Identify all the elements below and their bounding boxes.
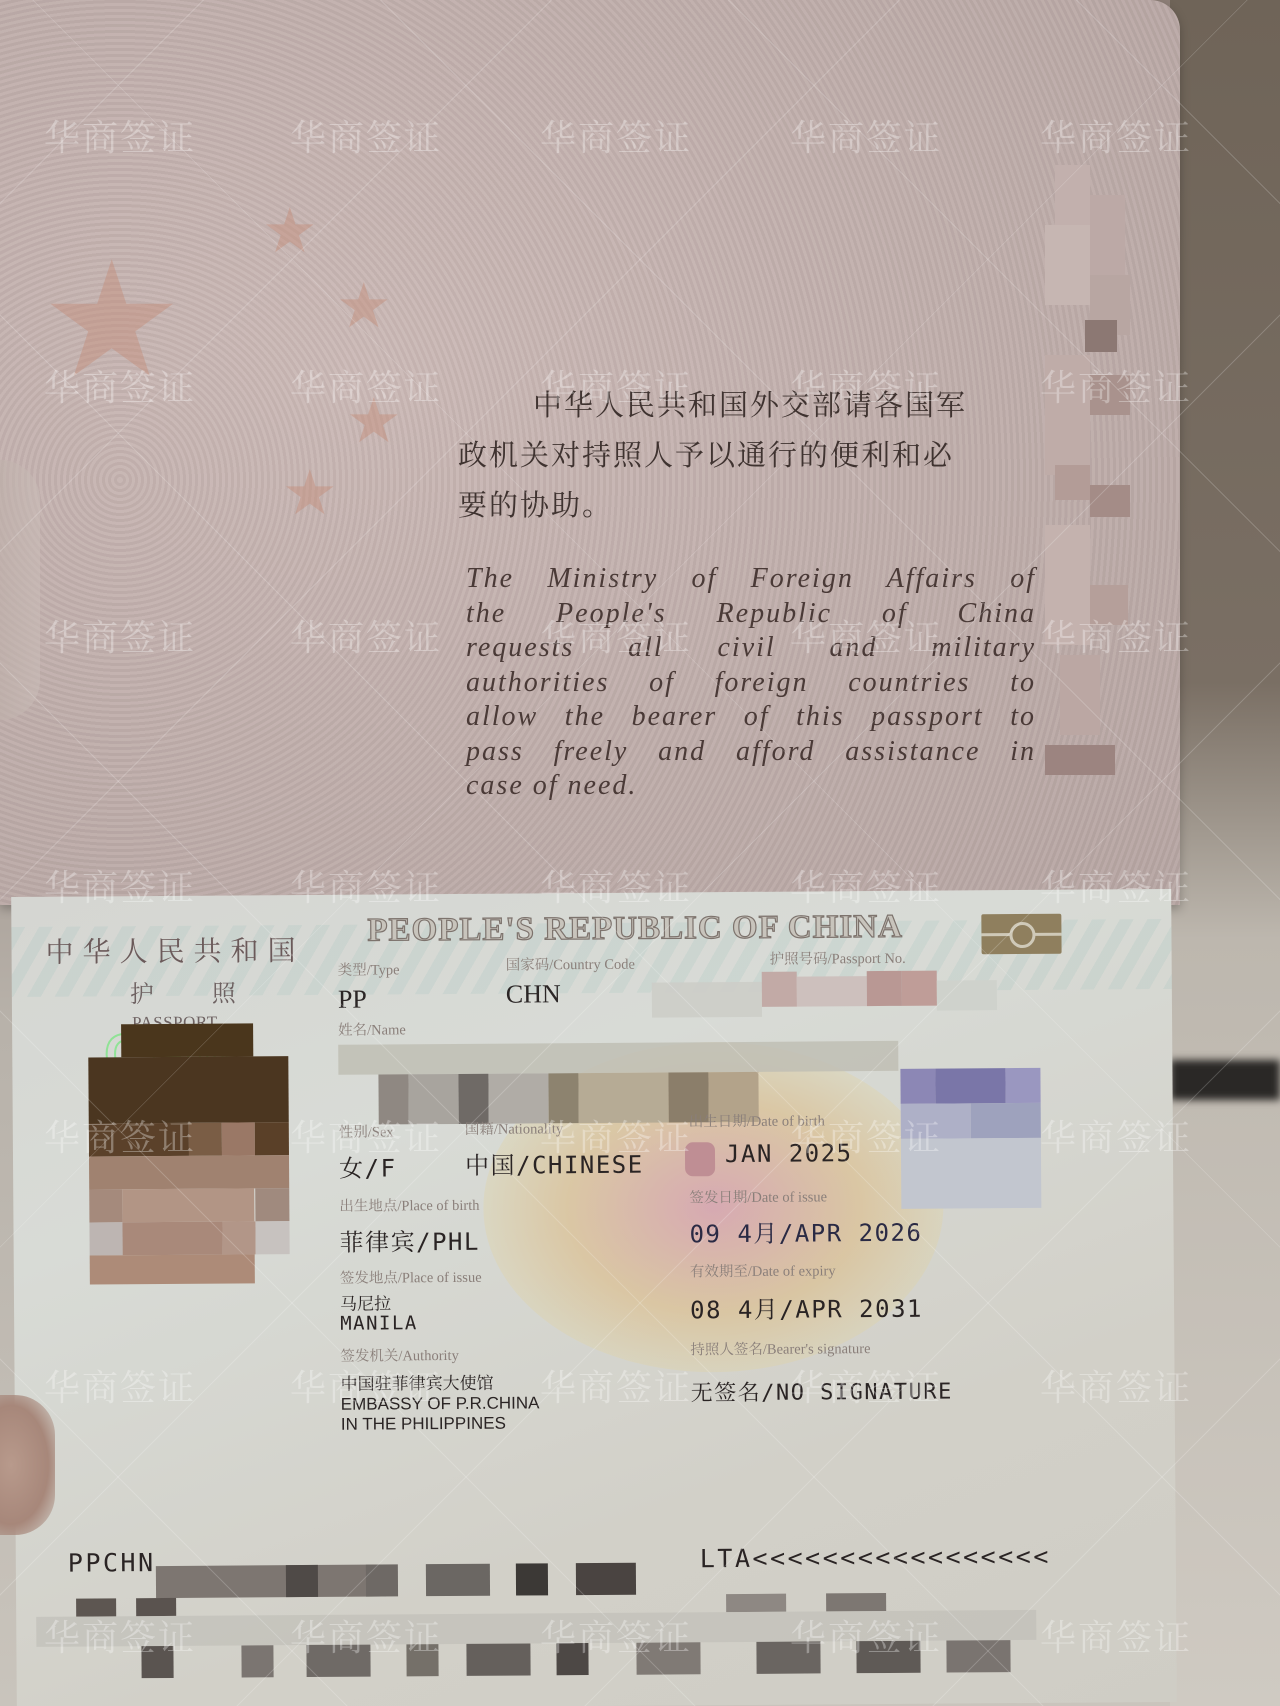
dob-label: 出生日期/Date of birth (689, 1109, 825, 1131)
date-of-expiry-label: 有效期至/Date of expiry (690, 1259, 836, 1281)
redaction-block (1045, 165, 1135, 785)
star-icon: ★ (346, 390, 402, 452)
mrz-redacted (36, 1550, 1037, 1706)
date-of-issue-label: 签发日期/Date of issue (689, 1185, 827, 1207)
data-page: 中华人民共和国 PEOPLE'S REPUBLIC OF CHINA 护 照 C… (11, 889, 1177, 1706)
request-cn-line: 要的协助。 (458, 480, 1058, 530)
request-en-line: authorities of foreign countries to (466, 666, 1036, 701)
place-of-birth-label: 出生地点/Place of birth (339, 1194, 479, 1216)
date-of-expiry-value: 08 4月/APR 2031 (690, 1289, 923, 1326)
date-of-issue-value: 09 4月/APR 2026 (689, 1213, 922, 1250)
star-icon: ★ (262, 200, 318, 262)
nationality-value: 中国/CHINESE (465, 1145, 644, 1181)
dob-day-redacted (685, 1142, 715, 1176)
request-cn-line: 中华人民共和国外交部请各国军 (458, 380, 1058, 430)
nationality-label: 国籍/Nationality (465, 1117, 563, 1139)
doc-type-cn-1: 护 (130, 974, 154, 1009)
authority-label: 签发机关/Authority (340, 1344, 459, 1366)
holder-photo (88, 1023, 290, 1284)
doc-type-cn-2: 照 (212, 973, 236, 1008)
request-en-line: case of need. (466, 769, 1036, 804)
place-of-birth-value: 菲律宾/PHL (339, 1222, 480, 1258)
country-code-value: CHN (506, 979, 561, 1009)
request-cn-line: 政机关对持照人予以通行的便利和必 (458, 430, 1058, 480)
request-en-line: The Ministry of Foreign Affairs of (466, 562, 1036, 597)
background-right (1170, 0, 1280, 1706)
place-of-issue-en: MANILA (340, 1312, 418, 1335)
epassport-chip-icon (981, 914, 1061, 955)
bearer-signature-label: 持照人签名/Bearer's signature (690, 1337, 870, 1359)
country-code-label: 国家码/Country Code (506, 953, 635, 975)
request-en-line: requests all civil and military (466, 631, 1036, 666)
background-strap (1170, 1060, 1280, 1100)
star-icon: ★ (282, 462, 338, 524)
type-value: PP (338, 985, 367, 1015)
observation-page: ★ ★ ★ ★ ★ 中华人民共和国外交部请各国军 政机关对持照人予以通行的便利和… (0, 0, 1180, 905)
photo-ghost-redacted (900, 1068, 1046, 1219)
sex-label: 性别/Sex (339, 1120, 394, 1141)
authority-en-2: IN THE PHILIPPINES (341, 1414, 506, 1435)
type-label: 类型/Type (338, 958, 400, 979)
sex-value: 女/F (339, 1148, 397, 1183)
request-en-line: pass freely and afford assistance in (466, 735, 1036, 770)
request-en-line: the People's Republic of China (466, 597, 1036, 632)
name-label: 姓名/Name (338, 1018, 406, 1039)
bearer-signature-value: 无签名/NO SIGNATURE (691, 1374, 953, 1407)
finger-shadow (0, 460, 40, 720)
request-en-line: allow the bearer of this passport to (466, 700, 1036, 735)
passport-no-label: 护照号码/Passport No. (770, 947, 906, 969)
header-english: PEOPLE'S REPUBLIC OF CHINA (367, 909, 903, 950)
dob-value: JAN 2025 (725, 1139, 853, 1168)
star-icon: ★ (336, 275, 392, 337)
request-text-chinese: 中华人民共和国外交部请各国军 政机关对持照人予以通行的便利和必 要的协助。 (458, 380, 1058, 530)
star-icon: ★ (40, 240, 183, 400)
authority-en-1: EMBASSY OF P.R.CHINA (341, 1393, 540, 1414)
request-text-english: The Ministry of Foreign Affairs of the P… (466, 562, 1036, 804)
header-chinese: 中华人民共和国 (45, 929, 304, 971)
place-of-issue-label: 签发地点/Place of issue (340, 1266, 482, 1288)
authority-cn: 中国驻菲律宾大使馆 (341, 1374, 494, 1395)
finger-holding-page (0, 1395, 55, 1535)
passport-no-redacted (652, 970, 1002, 1022)
